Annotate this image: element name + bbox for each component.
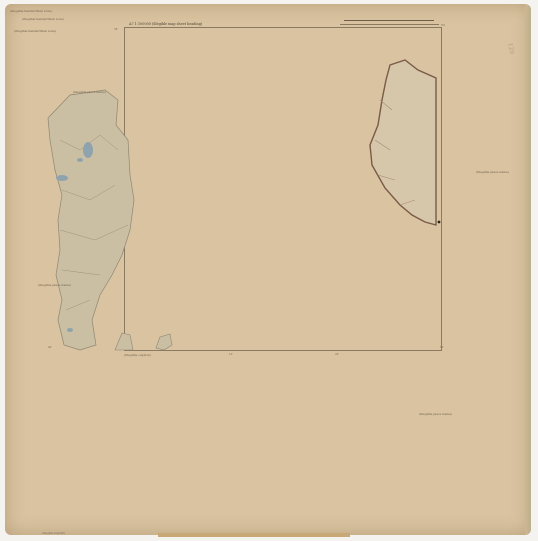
place-label: (illegible place name) (476, 170, 509, 174)
frame-coordinate: 40' (48, 346, 52, 349)
place-label: (illegible place name) (419, 412, 452, 416)
east-landmass (370, 60, 436, 225)
footer-note: (illegible imprint) (42, 532, 65, 535)
paper-edge-strip (158, 533, 350, 537)
place-label: (illegible place name) (38, 283, 71, 287)
west-landmass (48, 90, 134, 350)
bottom-caption: (illegible caption) (124, 353, 151, 357)
frame-coordinate: 60' (440, 346, 444, 349)
frame-coordinate: 10' (229, 353, 233, 356)
map-drawing (0, 0, 538, 541)
place-label: (illegible place name) (73, 90, 106, 94)
frame-coordinate: 20' (335, 353, 339, 356)
